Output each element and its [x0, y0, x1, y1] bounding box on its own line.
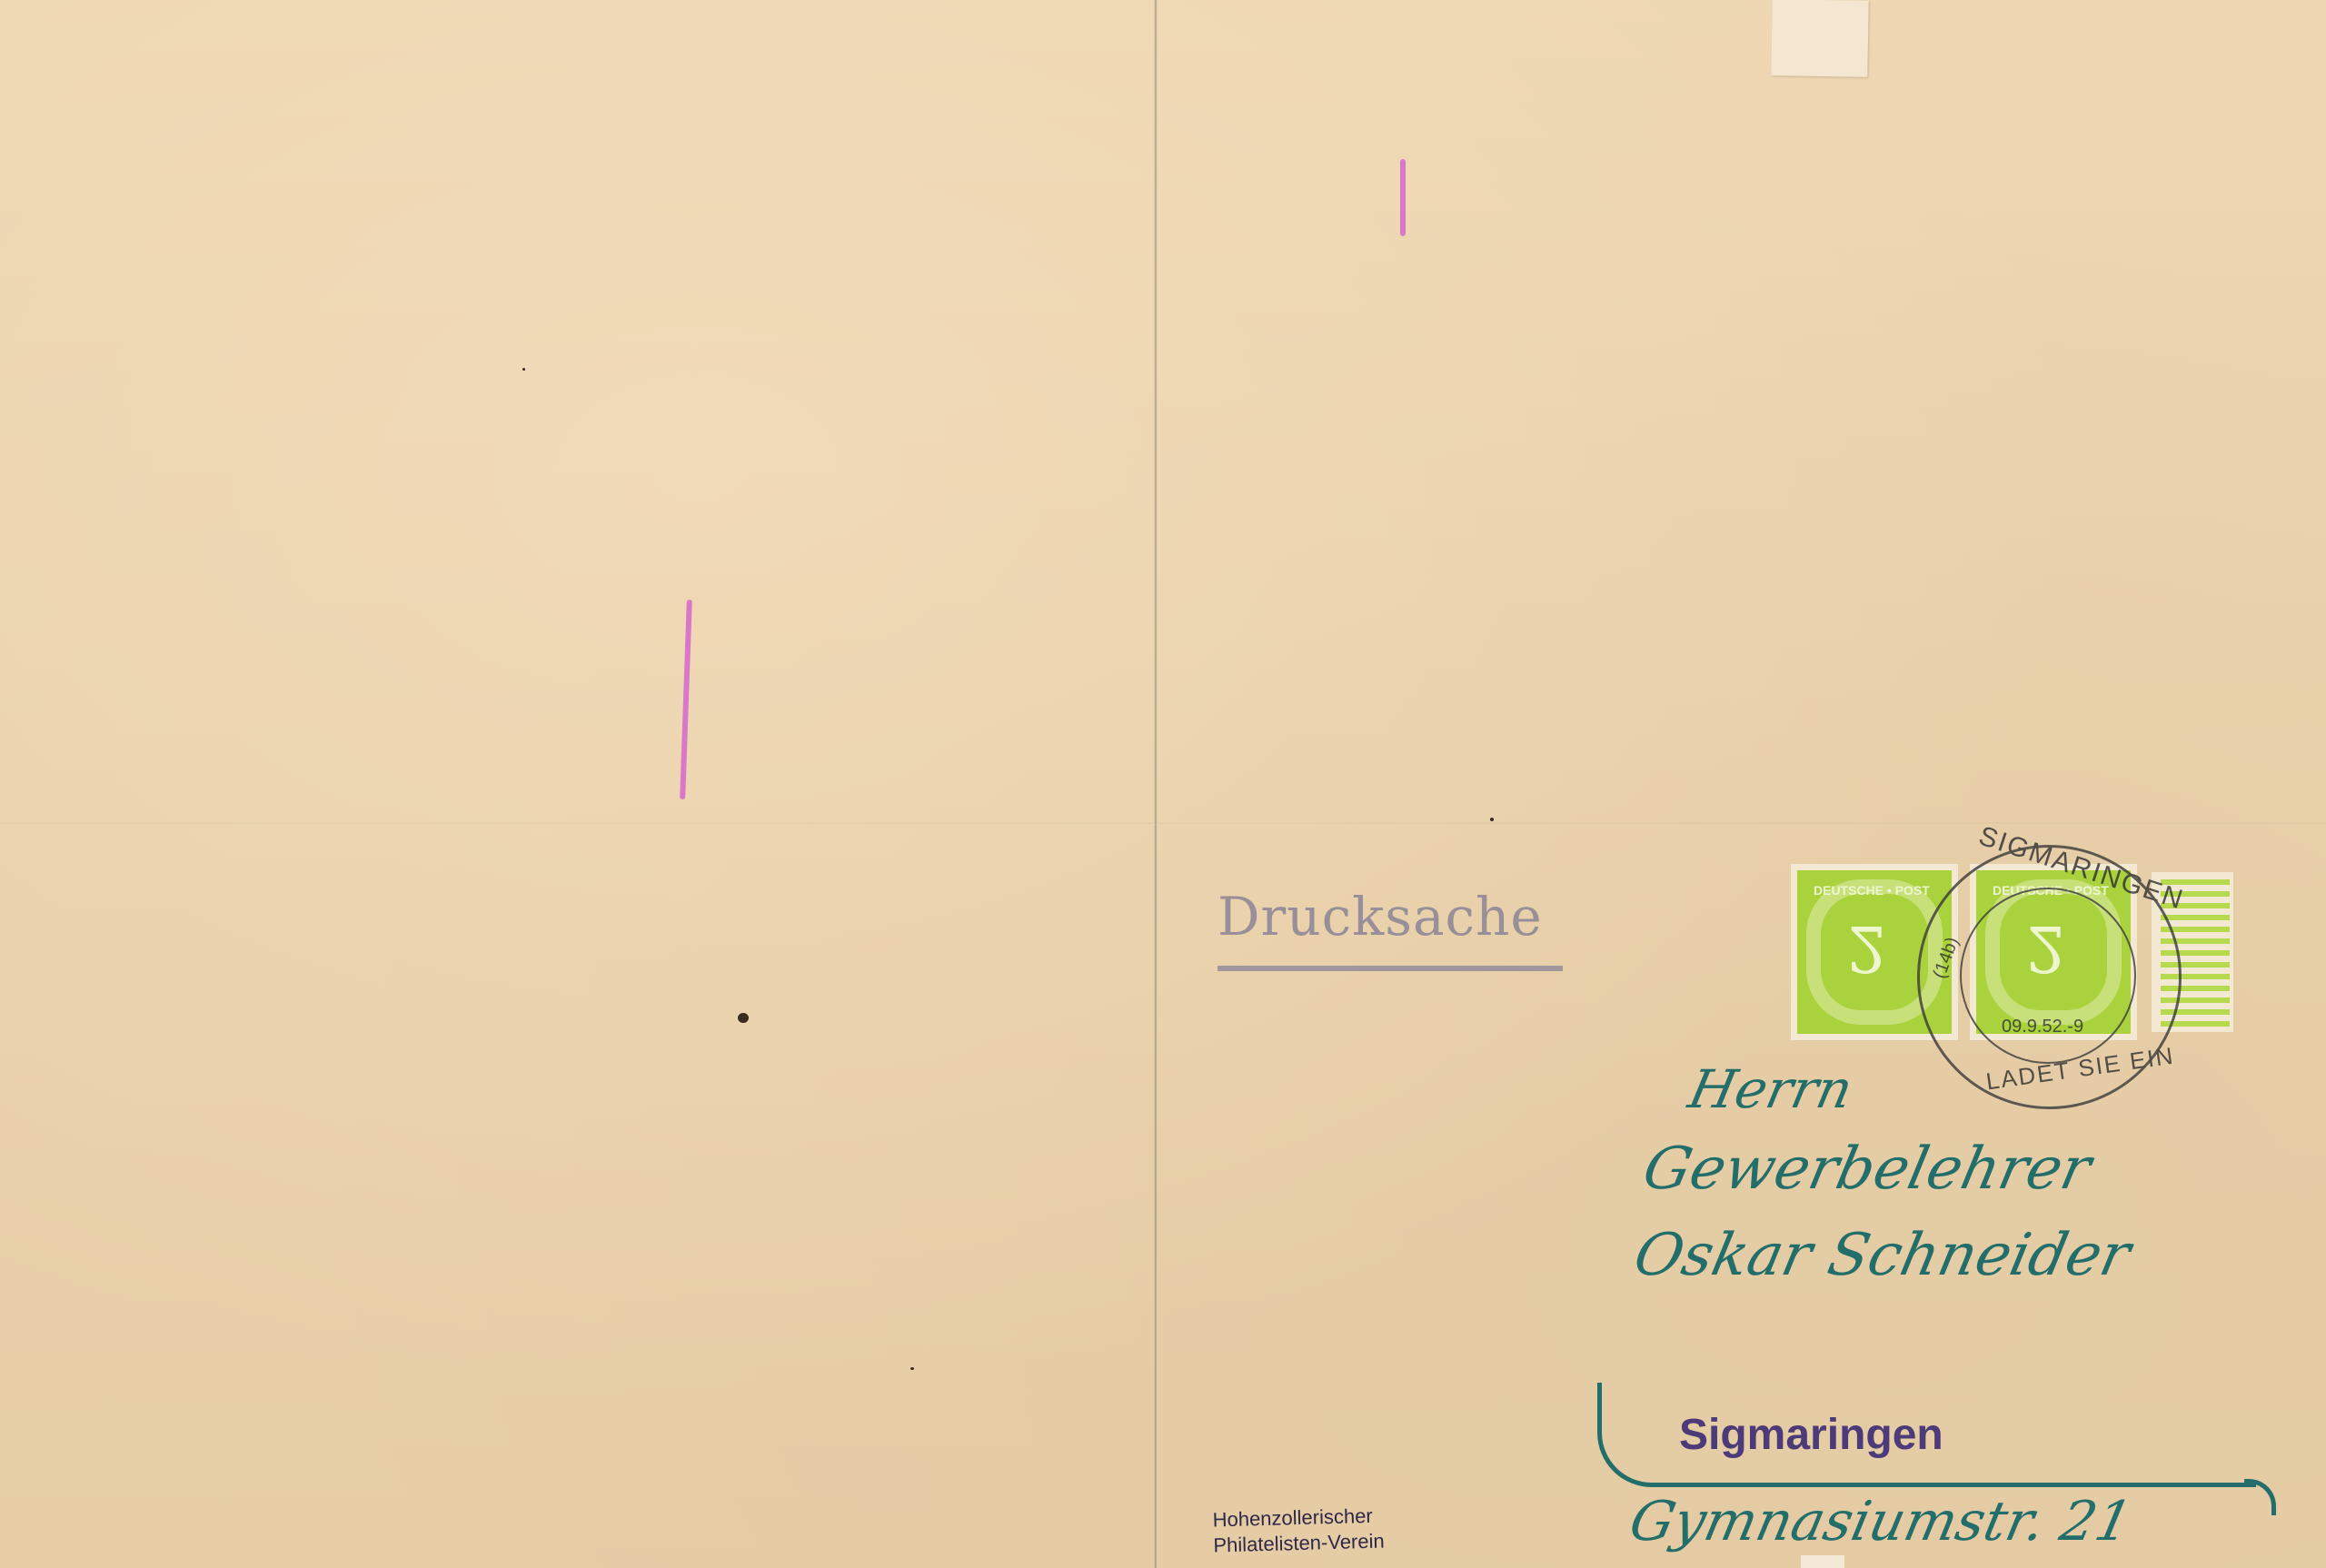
drucksache-underline — [1218, 966, 1563, 971]
vertical-fold-crease — [1154, 0, 1158, 1568]
postmark-date: 09.9.52.-9 — [2002, 1017, 2083, 1037]
address-street: Gymnasiumstr. 21 — [1625, 1490, 2138, 1553]
horizontal-fold-crease — [0, 822, 2326, 825]
drucksache-stamp: Drucksache — [1218, 886, 1543, 948]
address-city-stamp: Sigmaringen — [1679, 1410, 1943, 1460]
postmark-cancel: SIGMARINGEN (14b) 09.9.52.-9 LADET SIE E… — [1917, 845, 2182, 1109]
paper-speck — [910, 1367, 914, 1370]
postmark-postcode: (14b) — [1930, 935, 1964, 982]
stamp-value: 2 — [1847, 911, 1888, 986]
address-title: Gewerbelehrer — [1637, 1136, 2096, 1203]
paper-speck — [1490, 818, 1494, 821]
paper-speck — [522, 368, 525, 371]
stamp-ring-text: DEUTSCHE • POST — [1814, 883, 1930, 898]
adhesive-tape-piece — [1771, 0, 1868, 77]
address-name: Oskar Schneider — [1628, 1222, 2136, 1289]
sender-stamp: Hohenzollerischer Philatelisten-Verein — [1212, 1503, 1385, 1559]
document-paper — [0, 0, 2326, 1568]
stamp-edge-fragment — [1801, 1555, 1844, 1568]
address-salutation: Herrn — [1684, 1058, 1858, 1120]
ink-spot — [738, 1013, 749, 1023]
pink-pencil-mark — [1400, 159, 1406, 236]
sender-line-2: Philatelisten-Verein — [1213, 1529, 1385, 1559]
